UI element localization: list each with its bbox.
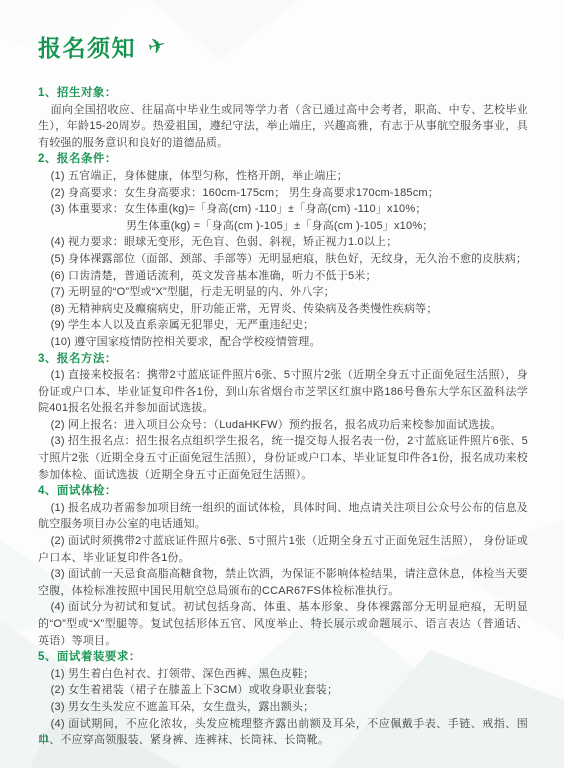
- section-heading: 1、招生对象：: [38, 85, 528, 102]
- section-heading: 2、报名条件：: [38, 151, 528, 168]
- page-title: 报名须知 ✈: [38, 30, 528, 63]
- notice-paragraph: (6) 口齿清楚，普通话流利，英文发音基本准确，听力不低于5米；: [38, 268, 528, 285]
- notice-paragraph: (10) 遵守国家疫情防控相关要求，配合学校疫情管理。: [38, 334, 528, 351]
- section-heading: 4、面试体检：: [38, 483, 528, 500]
- notice-paragraph: (5) 身体裸露部位（面部、颈部、手部等）无明显疤痕，肤色好，无纹身，无久治不愈…: [38, 251, 528, 268]
- section-heading: 3、报名方法：: [38, 351, 528, 368]
- notice-paragraph: (1) 男生着白色衬衣、打领带、深色西裤、黑色皮鞋；: [38, 666, 528, 683]
- notice-paragraph: (1) 直接来校报名：携带2寸蓝底证件照片6张、5寸照片2张（近期全身五寸正面免…: [38, 367, 528, 417]
- section-application-methods: 3、报名方法： (1) 直接来校报名：携带2寸蓝底证件照片6张、5寸照片2张（近…: [38, 351, 528, 484]
- page-title-text: 报名须知: [38, 30, 136, 63]
- notice-paragraph: (3) 招生报名点：招生报名点组织学生报名，统一提交每人报名表一份，2寸蓝底证件…: [38, 433, 528, 483]
- plane-icon: ✈: [145, 32, 168, 61]
- notice-paragraph-weight-formula-male: 男生体重(kg) =「身高(cm )-105」±「身高(cm )-105」x10…: [126, 218, 528, 235]
- notice-content: 报名须知 ✈ 1、招生对象： 面向全国招收应、往届高中毕业生或同等学力者（含已通…: [38, 30, 528, 749]
- section-heading: 5、面试着装要求：: [38, 649, 528, 666]
- notice-paragraph: (4) 视力要求：眼球无变形，无色盲、色弱、斜视，矫正视力1.0以上；: [38, 234, 528, 251]
- section-interview-dress-code: 5、面试着装要求： (1) 男生着白色衬衣、打领带、深色西裤、黑色皮鞋； (2)…: [38, 649, 528, 749]
- notice-paragraph: (9) 学生本人以及直系亲属无犯罪史，无严重违纪史；: [38, 317, 528, 334]
- notice-paragraph: (7) 无明显的“O”型或“X”型腿，行走无明显的内、外八字；: [38, 284, 528, 301]
- page-number: 11: [38, 733, 49, 745]
- notice-paragraph: 面向全国招收应、往届高中毕业生或同等学力者（含已通过高中会考者，职高、中专、艺校…: [38, 102, 528, 152]
- notice-paragraph: (4) 面试分为初试和复试。初试包括身高、体重、基本形象、身体裸露部分无明显疤痕…: [38, 599, 528, 649]
- notice-paragraph: (2) 身高要求：女生身高要求：160cm-175cm； 男生身高要求170cm…: [38, 185, 528, 202]
- section-application-conditions: 2、报名条件： (1) 五官端正，身体健康，体型匀称，性格开朗，举止端庄； (2…: [38, 151, 528, 350]
- notice-page: 报名须知 ✈ 1、招生对象： 面向全国招收应、往届高中毕业生或同等学力者（含已通…: [0, 0, 564, 768]
- section-enrollment-targets: 1、招生对象： 面向全国招收应、往届高中毕业生或同等学力者（含已通过高中会考者，…: [38, 85, 528, 151]
- notice-paragraph: (3) 体重要求：女生体重(kg)=「身高(cm) -110」±「身高(cm) …: [38, 201, 528, 218]
- notice-paragraph: (1) 报名成功者需参加项目统一组织的面试体检，具体时间、地点请关注项目公众号公…: [38, 500, 528, 533]
- notice-paragraph: (8) 无精神病史及癫痫病史，肝功能正常，无胃炎、传染病及各类慢性疾病等；: [38, 301, 528, 318]
- notice-paragraph: (2) 网上报名：进入项目公众号：（LudaHKFW）预约报名，报名成功后来校参…: [38, 417, 528, 434]
- notice-paragraph: (3) 男女生头发应不遮盖耳朵，女生盘头，露出额头；: [38, 699, 528, 716]
- notice-paragraph: (3) 面试前一天忌食高脂高糖食物，禁止饮酒，为保证不影响体检结果，请注意休息，…: [38, 566, 528, 599]
- notice-paragraph: (2) 面试时须携带2寸蓝底证件照片6张、5寸照片1张（近期全身五寸正面免冠生活…: [38, 533, 528, 566]
- notice-paragraph: (1) 五官端正，身体健康，体型匀称，性格开朗，举止端庄；: [38, 168, 528, 185]
- notice-paragraph: (4) 面试期间，不应化浓妆，头发应梳理整齐露出前额及耳朵，不应佩戴手表、手链、…: [38, 716, 528, 749]
- notice-paragraph: (2) 女生着裙装（裙子在膝盖上下3CM）或收身职业套装；: [38, 682, 528, 699]
- section-interview-physical-exam: 4、面试体检： (1) 报名成功者需参加项目统一组织的面试体检，具体时间、地点请…: [38, 483, 528, 649]
